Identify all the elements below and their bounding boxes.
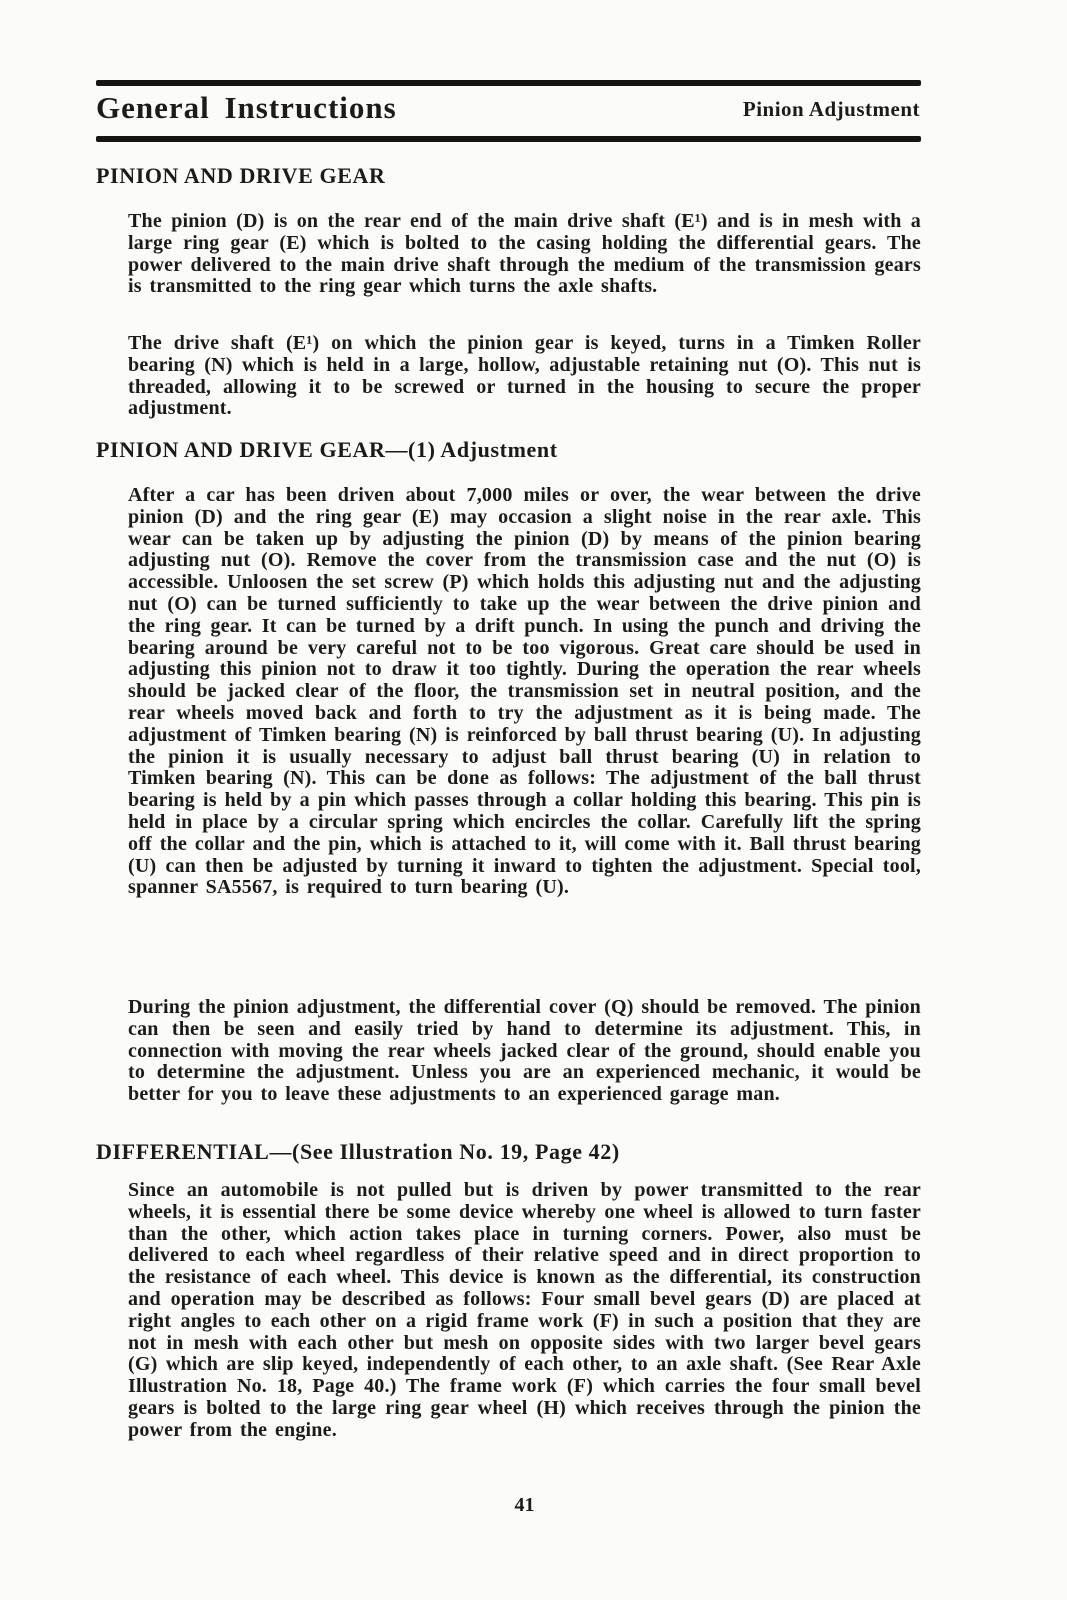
paragraph-differential-cover-note: During the pinion adjustment, the differ… <box>128 997 921 1106</box>
header-bottom-rule <box>96 136 921 142</box>
section-heading-differential: DIFFERENTIAL—(See Illustration No. 19, P… <box>96 1139 620 1165</box>
manual-page: General Instructions Pinion Adjustment P… <box>0 0 1067 1600</box>
paragraph-drive-shaft-bearing: The drive shaft (E¹) on which the pinion… <box>128 333 921 420</box>
running-header: Pinion Adjustment <box>743 97 920 122</box>
section-heading-pinion-and-drive-gear: PINION AND DRIVE GEAR <box>96 163 385 189</box>
page-number: 41 <box>128 1494 921 1517</box>
section-heading-pinion-adjustment: PINION AND DRIVE GEAR—(1) Adjustment <box>96 437 558 463</box>
page-title: General Instructions <box>96 90 397 126</box>
paragraph-pinion-description: The pinion (D) is on the rear end of the… <box>128 211 921 298</box>
header-top-rule <box>96 80 921 86</box>
paragraph-differential-description: Since an automobile is not pulled but is… <box>128 1180 921 1442</box>
paragraph-adjustment-procedure: After a car has been driven about 7,000 … <box>128 485 921 899</box>
